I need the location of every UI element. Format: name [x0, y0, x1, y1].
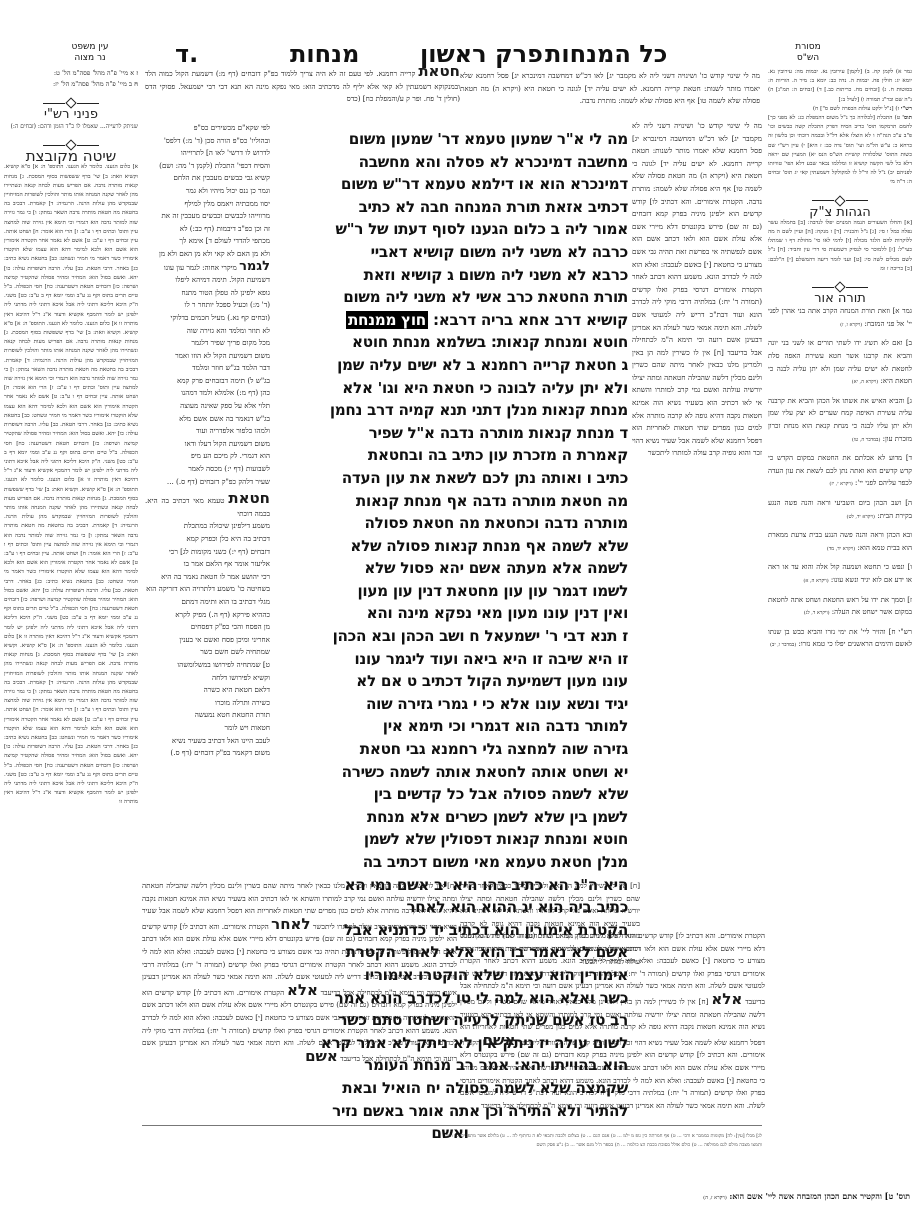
gemara-line: שלא לשמה פסולה אבל כל קדשים בין [272, 783, 628, 806]
tosafot-line: חטאת טעמא מאי דכתיב בה היא. בכמה דוכתי [145, 492, 270, 520]
ein-mishpat-entry: ח ב מיי' פ"ה מהל' פסה"מ הל' יז: [4, 79, 138, 90]
gemara-line: תורת החטאת כרב אשי לא משני ליה משום [272, 286, 628, 309]
tosafot-line: מרווייהו לכבשים וכבשים מעכבין זה את [145, 210, 270, 223]
torah-or-title: תורה אור [768, 294, 912, 303]
tosafot-line: הוא דגמרי. לק מיכם הע מיפ [145, 450, 270, 463]
tosafot-commentary-column: לפי שקא"ם מכשירים כס"פ ובהוליו' כס"פ הור… [145, 122, 270, 822]
tosafot-line: משום דשמיעת הקול לא הוזו ואמר [145, 350, 270, 363]
torah-or-entry: ובא הכהן וראה והנה פשה הנגע בבית צרעת ממ… [768, 529, 912, 555]
tosafot-line: משמע דילפינן שיכולה במתכלת [145, 520, 270, 533]
tosafot-line: שמתחיה לשם חשם כשר [145, 646, 270, 659]
gemara-line: עונו מעון דשמיעת הקול דכתיב ט אם לא [272, 670, 628, 693]
footnote-line: ותמצו מצבה מולם לגם ממולפה ... ט) כולם א… [142, 1142, 762, 1151]
tosafot-line: משום דשמיעת הקול דעלו ודאו [145, 438, 270, 451]
tosafot-line: דלאם חטאת היא כשרה [145, 684, 270, 697]
tosafot-line: שעיר דלהק כפ"ק דזבחים (דף ס.) ... [145, 476, 270, 489]
gemara-line: ז תנא דבי ר' ישמעאל ח ושב הכהן ובא הכהן [272, 625, 628, 648]
tosafot-line: כשירה ותרלה מוכרו [145, 697, 270, 710]
tosafot-line: ובהוליו' כס"פ הורה סכן (ד' מ:) דלפס' [145, 135, 270, 148]
left-margin: ז א מיי' פ"ה מהל' פסה"מ הל' ט: ח ב מיי' … [4, 68, 138, 1148]
ornament-divider [768, 198, 912, 204]
chapter-title: כל המנחות [545, 40, 667, 68]
pninei-rashi-text: שניתק לרעייה... שאמלו לו כ"ד הזמן ודהם: … [4, 121, 138, 132]
tosafot-bottom-main: [ח] אין לו כשירין למה הן באין ולמרינן מל… [142, 880, 457, 1115]
hagahot-title: הגהות צ"ק [768, 208, 912, 217]
gemara-line: כרבא לא משני ליה משום ג קושיא וזאת [272, 264, 628, 287]
tosafot-line: והסיח דכפי' התכלת (לקמן ד' מה: ושם) [145, 160, 270, 173]
shita-mekubetzet-text: א] כלום הגענו. כלומר לא הגענו. התוספ' ה:… [4, 163, 138, 807]
tosafot-line: לא תוזר ומלמד והא גזירה שוה [145, 325, 270, 338]
perek-title: פרק ראשון [420, 40, 543, 68]
masoret-hashas-label: מסורת הש"ס [788, 42, 828, 64]
gemara-line: דכתיב אזאת תורת המנחה חבה לא כתיב [272, 196, 628, 219]
tosafot-line: רכי יהושע אמר לו חטאת נאמר בה היא [145, 571, 270, 584]
gemara-line: גזירה שוה למחצה גלי רחמנא גבי חטאת [272, 738, 628, 761]
rashi-ref-text: ז) [נ"ל ילקט עולות הכפרה לשם ס"] ח) [813, 106, 899, 112]
tosafot-line: גופא ילפינן לה טפלן הטור מתנח [145, 287, 270, 300]
torah-or-entry: ד] מדוע לא אכלתם את החטאת במקום הקדש כי … [768, 452, 912, 491]
tosafot-line: דשמיעת הקול. תימה דמיהא ליפלו [145, 274, 270, 287]
gemara-line: קושיא דרב אחא בריה דרבא: חוץ ממנחת [272, 309, 628, 332]
tosafot-line: תלוי אלא על ספק שאינה מעוצה [145, 400, 270, 413]
gemara-line: שלא לשמה אף מנחת קנאות פסולה שלא [272, 535, 628, 558]
gemara-line: דמינכרא הוא או דילמא טעמא דר"ש משום [272, 173, 628, 196]
shita-mekubetzet-title: שיטה מקובצת [4, 152, 138, 161]
torah-or-entry: ב] ואם לא תשיג ידו לשתי תורים או לשני בנ… [768, 337, 912, 388]
tosafot-line: כהן (דף מ:) אלמלא ולמד דמהנו [145, 387, 270, 400]
ein-mishpat-line2: נר מצוה [65, 53, 115, 64]
tosafot-ref-text: ט) התכלת [לכלורה כך נ"ל משום דהמפלת כג: … [768, 115, 912, 185]
gemara-line: אמור ליה ב כלום הגענו לסוף דעתו של ר"ש [272, 218, 628, 241]
tosafot-line: וקשיא לפירושו דלחה [145, 672, 270, 685]
dibbur-ela: אלא [287, 981, 318, 999]
tosafot-line: (זבחים קף נא.) מעיל חכמים בדלוקי [145, 312, 270, 325]
mishnah-quote-highlight: חוץ ממנחת [346, 311, 428, 329]
torah-or-entry: ג] והביא האיש את אשתו אל הכהן והביא את ק… [768, 395, 912, 446]
tosafot-line: מן הפסח והכי כפ"ק דפסחים [145, 621, 270, 634]
tosafot-line: זה וכן כפ"ב דיבמות (דף כב:) לא [145, 223, 270, 236]
torah-or-entry: ו] ונפש כי תחטא ושמעה קול אלה והוא עד או… [768, 561, 912, 587]
gemara-line: ולא יתן עליה לבונה כי חטאת היא וגו' אלא [272, 377, 628, 400]
gemara-line: חוטא ומנחת קנאות דפסולין שלא לשמן [272, 828, 628, 851]
tosafot-line: אחריני ומיכן פסח ואשם אי בענין [145, 634, 270, 647]
tosafot-line: (ד' מ:) וכעיל ספכל יותחר ר לו [145, 299, 270, 312]
gemara-line: כתיב ו ואותה נתן לכם לשאת את עון העדה [272, 467, 628, 490]
gemara-line: זו היא שיבה זו היא ביאה ועוד ליגמר עונו [272, 648, 628, 671]
tosafot-line: קשיא גבי כבשים מעכבין את הלחם [145, 172, 270, 185]
gemara-line: חוטא ומנחת קנאות: בשלמא מנחת חוטא [272, 331, 628, 354]
masoret-label-line1: מסורת [788, 42, 828, 53]
ein-mishpat-entry: ז א מיי' פ"ה מהל' פסה"מ הל' ט: [4, 68, 138, 79]
torah-or-entry: גמר א] וזאת תורת המנחה הקרב אתה בני אהרן… [768, 305, 912, 331]
footnote-line: לג] מבלו [עין]: לה] מקומות בממבר א ורבי … [142, 1133, 762, 1142]
gemara-line: מה לי א"ר שמעון טעמא דר' שמעון משום [272, 128, 628, 151]
torah-or-entry: ז] וסמך את ידו על ראש החטאת ושחט אתה לחט… [768, 594, 912, 620]
torah-or-final-entry: תוס' ט] והקטיר אתם הכהן המזבחה אשה ליי' … [330, 1190, 910, 1204]
gemara-references: גמר א) לקמן קח. ב) [לקמן] עירובין נא. יב… [768, 68, 912, 105]
gemara-line: מנלן חטאת טעמא מאי משום דכתיב בה [272, 851, 628, 874]
tosafot-line: תורת החטאת חטא נמעשה [145, 709, 270, 722]
gemara-line: יגיד ונשא עונו אלא כי י גמרי גזירה שוה [272, 693, 628, 716]
gemara-line: יא ושחט אותה לחטאת אותה לשמה כשירה [272, 761, 628, 784]
gemara-line: מותרה נדבה וכחטאת מה חטאת פסולה [272, 512, 628, 535]
tosafot-line: בג"ש דנאמר בה אשם אשם מלא [145, 413, 270, 426]
ornament-divider [4, 142, 138, 148]
torah-or-list: גמר א] וזאת תורת המנחה הקרב אתה בני אהרן… [768, 305, 912, 652]
gemara-line: מנחת קנאות מנלן דתני תנא קמיה דרב נחמן [272, 399, 628, 422]
daf-number: ד. [175, 40, 198, 68]
tosafot-line: לדרוש לו דרשי' לאו ה] לתרוייהו [145, 147, 270, 160]
rashi-commentary-column: מה לי שינוי קודש כו' ושינויה דשני ליה לא… [632, 120, 762, 830]
tosafot-line: מכל מקום פריך שפיר דלגמר [145, 337, 270, 350]
gemara-line: ג חטאת קרייה רחמנא ב לא ישים עליה שמן [272, 354, 628, 377]
gemara-line: ד מנחת קנאות מותרה נדבה א"ל שפיר [272, 422, 628, 445]
tosafot-line: משום דקאמר בפ"ק דזבחים (דף ס.) [145, 747, 270, 760]
pninei-rashi-title: פניני רש"י [4, 110, 138, 119]
rashi-bottom: הקטרת אימורים. והא דכתיב לו] קודש קדשים … [460, 930, 765, 1120]
tosafot-line: דזבחים (דף י:) כשני מקומות לג] רכי [145, 546, 270, 559]
dibbur-asham: אשם [305, 1047, 338, 1065]
ein-mishpat-line1: עין משפט [65, 42, 115, 53]
ornament-divider [768, 284, 912, 290]
tosafot-line: לפי שקא"ם מכשירים כס"פ [145, 122, 270, 135]
gemara-line: מחשבה דמינכרא לא פסלה והא מחשבה [272, 151, 628, 174]
tosafot-line: דכתיב בה היא כלן וכפרק קמא [145, 533, 270, 546]
tosafot-line: לשבועות (דף י:) מכסה לאמר [145, 463, 270, 476]
masoret-label-line2: הש"ס [788, 53, 828, 64]
tosafot-line: אליעזר אומר אף הלאם אמר בו [145, 558, 270, 571]
tosafot-references: תוס' ט) התכלת [לכלורה כך נ"ל משום דהמפלת… [768, 114, 912, 188]
tosafot-line: כההיא פירקא (דף ה.) מפיק לקרא [145, 609, 270, 622]
tosafot-line: בג"ש ל) תימה דבזבחים פרק קמא [145, 375, 270, 388]
tosafot-line: לגמר מיקרי אחוה: לגמר עון עונו [145, 261, 270, 275]
rashi-commentary-top: מה לי שינוי קודש כו' ושינויה דשני ליה לא… [460, 70, 760, 122]
ornament-divider [4, 100, 138, 106]
tosafot-line: וגמר כן ננס יכול מיהיו ולא גמר [145, 185, 270, 198]
gemara-line: ואין דנין עונו מעון מאי נפקא מינה והא [272, 602, 628, 625]
tosafot-line: לעכב היינו האל דכתיב בשעיר נשיא [145, 735, 270, 748]
torah-or-entry: רש"י ח] והזיר ליי' את ימי נזרו והביא כבש… [768, 626, 912, 652]
gemara-line: למותר נדבה הוא דגמרי וכי תימא אין [272, 715, 628, 738]
gemara-line: מה חטאת מותרה נדבה אף מנחת קנאות [272, 490, 628, 513]
gemara-line: לשמו דגמר עון עון מחטאת דנין עון מעון [272, 580, 628, 603]
tosafot-line: דבר הלמד בג"ש חוזר ומלמד [145, 362, 270, 375]
footnote-divider [142, 1125, 762, 1126]
rashi-references: רש"י ז) [נ"ל ילקט עולות הכפרה לשם ס"] ח) [768, 105, 912, 114]
dibbur-hamatchil: חטאת [418, 65, 460, 80]
tractate-title: מנחות [290, 40, 359, 68]
gemara-line: קאמרת ה מזכרת עון כתיב בה ובחטאת [272, 444, 628, 467]
tosafot-line: ט] שמתחיה לפירושו במשלומשהו [145, 659, 270, 672]
tosafot-commentary-top: חטאת קרייה רחמנא. לפי טעם זה לא היה צריך… [145, 65, 460, 120]
tosafot-line: מכתפי להדדי לעולם ד] אימא לך [145, 235, 270, 248]
ein-mishpat-label: עין משפט נר מצוה [65, 42, 115, 64]
footnotes: לג] מבלו [עין]: לה] מקומות בממבר א ורבי … [142, 1133, 762, 1150]
gemara-line: לשמה אלא מעתה אשם יהא פסול שלא [272, 557, 628, 580]
rashi-label: רש"י [901, 106, 912, 112]
torah-or-entry: ה] ושב הכהן ביום השביעי וראה והנה פשה הנ… [768, 497, 912, 523]
tosafot-line: יסוו ממכתיה ויאמס מלין למילף [145, 198, 270, 211]
tosafot-line: חטאות ויש לומר [145, 722, 270, 735]
tosafot-label: תוס' [902, 115, 912, 121]
gemara-line: לשמן בין שלא לשמן כשרים אלא מנחת [272, 806, 628, 829]
gemara-line: כרבה לא משני ליה משום קושיא דאביי [272, 241, 628, 264]
right-margin: גמר א) לקמן קח. ב) [לקמן] עירובין נא. יב… [768, 68, 912, 1138]
dibbur-lachar: לאחר [271, 915, 310, 933]
tosafot-line: בשחיטה כו' משמע דלתרויה הוא דזריקה הוא [145, 583, 270, 596]
hagahot-text: [א] והחלו השעורים הנמה המנוים יפלו לנדבה… [768, 219, 912, 274]
tosafot-line: ולמהו כלפור אלפדריה ועוד [145, 425, 270, 438]
tosafot-line: מגלי דכתיב בו הוא ותימה דמתם [145, 596, 270, 609]
